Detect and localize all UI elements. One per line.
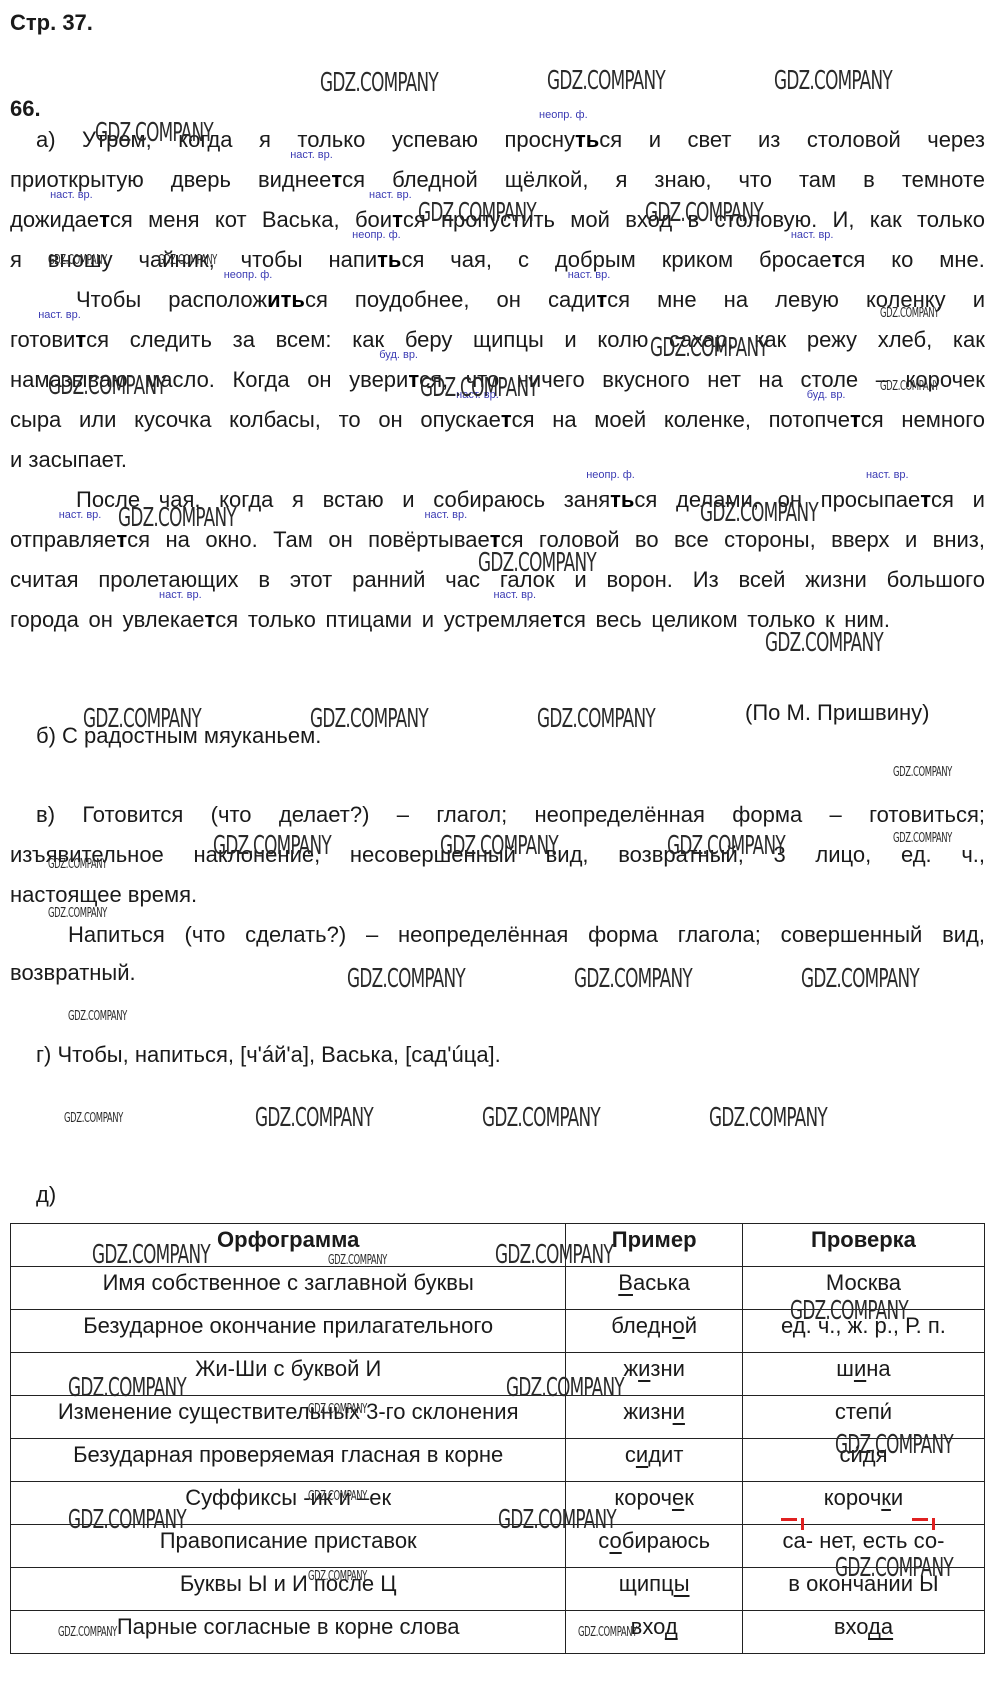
word: только xyxy=(248,607,316,632)
grammar-annotation: наст. вр. xyxy=(791,230,834,241)
word: то xyxy=(339,407,361,432)
annotated-verb: наст. вр.просыпается xyxy=(821,485,954,515)
word: колю xyxy=(597,327,648,352)
example-cell: Васька xyxy=(566,1267,743,1310)
watermark-small: GDZ.COMPANY xyxy=(578,1626,637,1639)
word: с xyxy=(518,247,529,272)
word: колбасы, xyxy=(229,407,321,432)
word: на xyxy=(759,367,783,392)
word: на xyxy=(552,407,576,432)
table-row: Парные согласные в корне словавходвхода xyxy=(11,1611,985,1654)
grammar-annotation: буд. вр. xyxy=(379,350,418,361)
annotated-verb: наст. вр.виднеется xyxy=(258,165,365,195)
annotated-verb: буд. вр.потопчется xyxy=(769,405,884,435)
part-v-line-5: возвратный. xyxy=(10,958,136,988)
watermark: GDZ.COMPANY xyxy=(95,120,213,146)
word: сыра xyxy=(10,407,61,432)
watermark-small: GDZ.COMPANY xyxy=(58,1626,117,1639)
text-line: я вношу чайник, чтобы неопр. ф.напиться … xyxy=(10,245,985,275)
word: столовой xyxy=(807,127,901,152)
annotated-verb: неопр. ф.напиться xyxy=(329,245,425,275)
annotated-verb: наст. вр.дожидается xyxy=(10,205,133,235)
watermark: GDZ.COMPANY xyxy=(118,505,236,531)
word: считая xyxy=(10,567,78,592)
word: режу xyxy=(807,327,857,352)
watermark: GDZ.COMPANY xyxy=(667,833,785,859)
word: вниз, xyxy=(933,527,985,552)
word: как xyxy=(870,207,902,232)
word: кот xyxy=(215,207,247,232)
watermark-small: GDZ.COMPANY xyxy=(48,858,107,871)
header-check: Проверка xyxy=(742,1224,984,1267)
word: и xyxy=(649,127,661,152)
word: и xyxy=(905,527,917,552)
grammar-annotation: наст. вр. xyxy=(568,270,611,281)
word: меня xyxy=(148,207,199,232)
word: он xyxy=(497,287,521,312)
word: щипцы xyxy=(473,327,544,352)
word: знаю, xyxy=(654,167,711,192)
grammar-annotation: наст. вр. xyxy=(369,190,412,201)
word: мне. xyxy=(939,247,985,272)
word: я xyxy=(615,167,627,192)
watermark-small: GDZ.COMPANY xyxy=(893,832,952,845)
watermark: GDZ.COMPANY xyxy=(835,1555,953,1581)
word: я xyxy=(259,127,271,152)
word: города xyxy=(10,607,79,632)
watermark-small: GDZ.COMPANY xyxy=(880,380,939,393)
watermark: GDZ.COMPANY xyxy=(68,1375,186,1401)
word: И, xyxy=(833,207,855,232)
grammar-annotation: наст. вр. xyxy=(493,590,536,601)
grammar-annotation: неопр. ф. xyxy=(586,470,635,481)
word: он xyxy=(378,407,402,432)
word: всем: xyxy=(276,327,332,352)
word: следить xyxy=(130,327,212,352)
watermark: GDZ.COMPANY xyxy=(213,833,331,859)
word: моей xyxy=(594,407,646,432)
annotated-verb: наст. вр.опускается xyxy=(420,405,534,435)
word: птицами xyxy=(326,607,413,632)
watermark: GDZ.COMPANY xyxy=(478,550,596,576)
word: мне xyxy=(657,287,697,312)
annotated-verb: наст. вр.устремляется xyxy=(444,605,586,635)
watermark: GDZ.COMPANY xyxy=(92,1242,210,1268)
word: кусочка xyxy=(134,407,211,432)
word: во xyxy=(635,527,659,552)
watermark: GDZ.COMPANY xyxy=(440,833,558,859)
watermark: GDZ.COMPANY xyxy=(547,68,665,94)
word: целиком xyxy=(651,607,737,632)
word: ворон. xyxy=(607,567,673,592)
orthogram-cell: Безударное окончание прилагательного xyxy=(11,1310,566,1353)
grammar-annotation: неопр. ф. xyxy=(539,110,588,121)
watermark: GDZ.COMPANY xyxy=(835,1432,953,1458)
watermark: GDZ.COMPANY xyxy=(310,706,428,732)
word: и xyxy=(564,327,576,352)
text-line: наст. вр.готовится следить за всем: как … xyxy=(10,325,985,355)
grammar-annotation: буд. вр. xyxy=(807,390,846,401)
word: он xyxy=(328,527,352,552)
word: Чтобы xyxy=(76,287,141,312)
word: дверь xyxy=(171,167,231,192)
watermark: GDZ.COMPANY xyxy=(774,68,892,94)
word: он xyxy=(307,367,331,392)
word: из xyxy=(758,127,780,152)
word: успеваю xyxy=(392,127,478,152)
watermark: GDZ.COMPANY xyxy=(801,966,919,992)
word: поудобнее, xyxy=(355,287,470,312)
text-line: сыра или кусочка колбасы, то он наст. вр… xyxy=(10,405,985,435)
word: коленке, xyxy=(664,407,751,432)
annotated-verb: наст. вр.увлекается xyxy=(123,605,239,635)
word: только xyxy=(917,207,985,232)
watermark: GDZ.COMPANY xyxy=(68,1507,186,1533)
word: в xyxy=(258,567,270,592)
word: свет xyxy=(687,127,731,152)
word: все xyxy=(674,527,709,552)
check-cell: корочки xyxy=(742,1482,984,1525)
word: темноте xyxy=(902,167,985,192)
part-g-text: г) Чтобы, напиться, [ч'áй'а], Васька, [с… xyxy=(36,1040,501,1070)
annotated-verb: неопр. ф.проснуться xyxy=(504,125,622,155)
grammar-annotation: наст. вр. xyxy=(38,310,81,321)
watermark: GDZ.COMPANY xyxy=(347,966,465,992)
check-cell: шина xyxy=(742,1353,984,1396)
word: всей xyxy=(738,567,785,592)
word: через xyxy=(927,127,985,152)
watermark: GDZ.COMPANY xyxy=(482,1105,600,1131)
watermark-small: GDZ.COMPANY xyxy=(68,1010,127,1023)
watermark: GDZ.COMPANY xyxy=(765,630,883,656)
watermark: GDZ.COMPANY xyxy=(420,375,538,401)
watermark-small: GDZ.COMPANY xyxy=(308,1403,367,1416)
watermark-small: GDZ.COMPANY xyxy=(328,1254,387,1267)
word: как xyxy=(953,327,985,352)
watermark: GDZ.COMPANY xyxy=(495,1242,613,1268)
watermark: GDZ.COMPANY xyxy=(506,1375,624,1401)
word: жизни xyxy=(805,567,867,592)
example-cell: щипцы xyxy=(566,1568,743,1611)
word: что xyxy=(738,167,772,192)
annotated-verb: неопр. ф.заняться xyxy=(564,485,658,515)
word: нет xyxy=(707,367,741,392)
grammar-annotation: наст. вр. xyxy=(424,510,467,521)
watermark-small: GDZ.COMPANY xyxy=(48,907,107,920)
word: Васька, xyxy=(262,207,340,232)
annotated-verb: неопр. ф.расположиться xyxy=(168,285,328,315)
word: и xyxy=(973,287,985,312)
watermark-small: GDZ.COMPANY xyxy=(308,1490,367,1503)
word: Там xyxy=(273,527,313,552)
word: левую xyxy=(775,287,839,312)
word: я xyxy=(292,487,304,512)
watermark: GDZ.COMPANY xyxy=(645,200,763,226)
orthogram-cell: Буквы Ы и И после Ц xyxy=(11,1568,566,1611)
watermark-small: GDZ.COMPANY xyxy=(64,1112,123,1125)
word: или xyxy=(79,407,116,432)
task-number: 66. xyxy=(10,96,41,122)
word: я xyxy=(10,247,22,272)
word: час xyxy=(445,567,480,592)
word: большого xyxy=(887,567,985,592)
part-d-label: д) xyxy=(36,1180,56,1210)
annotated-verb: наст. вр.садится xyxy=(548,285,630,315)
orthogram-cell: Безударная проверяемая гласная в корне xyxy=(11,1439,566,1482)
watermark: GDZ.COMPANY xyxy=(537,706,655,732)
word: щёлкой, xyxy=(505,167,589,192)
watermark: GDZ.COMPANY xyxy=(320,70,438,96)
orthogram-cell: Имя собственное с заглавной буквы xyxy=(11,1267,566,1310)
word: вкусного xyxy=(602,367,689,392)
example-cell: бледной xyxy=(566,1310,743,1353)
grammar-annotation: неопр. ф. xyxy=(352,230,401,241)
word: ко xyxy=(891,247,913,272)
text-line: приоткрытую дверь наст. вр.виднеется бле… xyxy=(10,165,985,195)
word: хлеб, xyxy=(878,327,933,352)
word: немного xyxy=(901,407,985,432)
word: и xyxy=(973,487,985,512)
word: и засыпает. xyxy=(10,447,127,472)
word: Когда xyxy=(232,367,289,392)
text-line: Чтобы неопр. ф.расположиться поудобнее, … xyxy=(76,285,985,315)
watermark-small: GDZ.COMPANY xyxy=(308,1570,367,1583)
watermark-small: GDZ.COMPANY xyxy=(880,307,939,320)
word: на xyxy=(724,287,748,312)
page-header: Стр. 37. xyxy=(10,10,93,36)
watermark: GDZ.COMPANY xyxy=(790,1298,908,1324)
part-v-line-1: в) Готовится (что делает?) – глагол; нео… xyxy=(36,800,985,830)
grammar-annotation: неопр. ф. xyxy=(224,270,273,281)
word: ранний xyxy=(352,567,425,592)
grammar-annotation: наст. вр. xyxy=(866,470,909,481)
check-cell: входа xyxy=(742,1611,984,1654)
watermark: GDZ.COMPANY xyxy=(255,1105,373,1131)
watermark-small: GDZ.COMPANY xyxy=(158,254,217,267)
word: и xyxy=(422,607,434,632)
word: стороны, xyxy=(724,527,816,552)
word: чая, xyxy=(450,247,492,272)
word: весь xyxy=(596,607,642,632)
text-line: и засыпает. xyxy=(10,445,985,475)
word: в xyxy=(863,167,875,192)
watermark-small: GDZ.COMPANY xyxy=(48,254,107,267)
word: и xyxy=(402,487,414,512)
watermark: GDZ.COMPANY xyxy=(498,1507,616,1533)
watermark: GDZ.COMPANY xyxy=(83,706,201,732)
author-credit: (По М. Пришвину) xyxy=(745,700,929,726)
watermark: GDZ.COMPANY xyxy=(574,966,692,992)
grammar-annotation: наст. вр. xyxy=(50,190,93,201)
annotated-verb: наст. вр.готовится xyxy=(10,325,109,355)
grammar-annotation: наст. вр. xyxy=(290,150,333,161)
watermark-small: GDZ.COMPANY xyxy=(893,766,952,779)
word: этот xyxy=(290,567,332,592)
word: Из xyxy=(693,567,719,592)
annotated-verb: наст. вр.бросается xyxy=(759,245,865,275)
word: там xyxy=(799,167,836,192)
grammar-annotation: наст. вр. xyxy=(159,590,202,601)
watermark: GDZ.COMPANY xyxy=(650,335,768,361)
word: за xyxy=(233,327,255,352)
word: вверх xyxy=(831,527,889,552)
text-line: города он наст. вр.увлекается только пти… xyxy=(10,605,890,635)
watermark: GDZ.COMPANY xyxy=(709,1105,827,1131)
word: криком xyxy=(662,247,733,272)
word: встаю xyxy=(323,487,384,512)
grammar-annotation: наст. вр. xyxy=(59,510,102,521)
watermark: GDZ.COMPANY xyxy=(48,373,166,399)
word: он xyxy=(89,607,113,632)
watermark: GDZ.COMPANY xyxy=(700,500,818,526)
word: мой xyxy=(570,207,610,232)
example-cell: сидит xyxy=(566,1439,743,1482)
watermark: GDZ.COMPANY xyxy=(418,200,536,226)
part-v-line-4: Напиться (что сделать?) – неопределённая… xyxy=(68,920,985,950)
